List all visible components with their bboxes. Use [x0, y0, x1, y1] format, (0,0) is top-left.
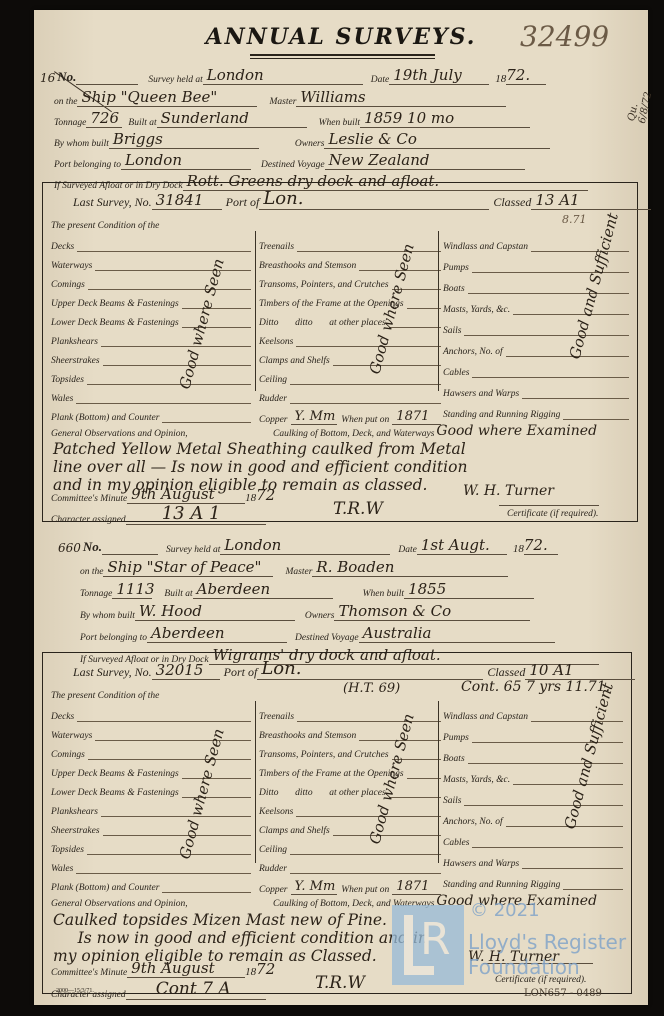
committee-minute-field: 9th August: [127, 487, 245, 504]
observation-line: line over all — Is now in good and effic…: [53, 458, 467, 476]
item-label: Comings: [51, 280, 85, 290]
built-at-label: Built at: [164, 589, 192, 599]
committee-year-prefix: 18: [245, 966, 256, 978]
built-at-label: Built at: [128, 118, 156, 128]
port-of-field: Lon.: [259, 193, 489, 210]
year-prefix: 18: [495, 73, 506, 85]
by-whom-built-field: W. Hood: [135, 604, 295, 621]
tonnage-field: 1113: [112, 582, 152, 599]
date-label: Date: [371, 75, 389, 85]
margin-note-right: Qu. 6/8/72: [626, 89, 654, 125]
character-assigned-label: Character assigned: [51, 515, 126, 525]
port-belonging-value: London: [125, 151, 182, 169]
owners-field: Thomson & Co: [334, 604, 530, 621]
item-label: Anchors, No. of: [443, 817, 503, 827]
item-label: Transoms, Pointers, and Crutches: [259, 280, 389, 290]
item-label: Lower Deck Beams & Fastenings: [51, 788, 179, 798]
character-assigned-value: 13 A 1: [162, 503, 221, 524]
title-rule: [250, 54, 435, 59]
item-label: Sheerstrakes: [51, 356, 100, 366]
item-label: Upper Deck Beams & Fastenings: [51, 769, 179, 779]
item-label: Standing and Running Rigging: [443, 410, 560, 420]
archive-id: LON657 - 0489: [524, 988, 602, 999]
item-label: Standing and Running Rigging: [443, 880, 560, 890]
no-field: [76, 68, 138, 85]
date-field: 1st Augt.: [417, 538, 507, 555]
item-label: Ceiling: [259, 375, 287, 385]
item-label: Clamps and Shelfs: [259, 356, 330, 366]
ship-field: Ship "Queen Bee": [77, 90, 257, 107]
item-label: Sails: [443, 796, 461, 806]
port-of-label: Port of: [224, 665, 258, 680]
when-put-on-value: 1871: [396, 409, 429, 424]
committee-minute-label: Committee's Minute: [51, 968, 127, 978]
item-label: Waterways: [51, 261, 92, 271]
item-label: Hawsers and Warps: [443, 389, 519, 399]
character-assigned-field: 13 A 1: [126, 508, 266, 525]
tonnage-label: Tonnage: [80, 589, 112, 599]
last-survey-value: 32015: [156, 661, 204, 679]
date-field: 19th July: [389, 68, 489, 85]
last-survey-label: Last Survey, No.: [73, 665, 152, 680]
item-label: Rudder: [259, 394, 287, 404]
item-label: Sheerstrakes: [51, 826, 100, 836]
item-label: Cables: [443, 368, 469, 378]
item-label: Decks: [51, 712, 74, 722]
item-label: Plank (Bottom) and Counter: [51, 413, 159, 423]
surveyor-initials: T.R.W: [315, 973, 365, 993]
committee-year: 72: [256, 486, 275, 504]
port-belonging-label: Port belonging to: [80, 633, 147, 643]
entry-prefix: 660: [58, 541, 81, 555]
master-label: Master: [269, 97, 296, 107]
ship-value: Ship "Queen Bee": [81, 88, 217, 106]
item-label: Decks: [51, 242, 74, 252]
built-at-field: Sunderland: [157, 111, 307, 128]
committee-year: 72: [256, 960, 275, 978]
character-assigned-field: Cont 7 A: [126, 983, 266, 1000]
tonnage-field: 726: [86, 111, 122, 128]
item-label: Topsides: [51, 845, 84, 855]
when-built-field: 1855: [404, 582, 534, 599]
year-field: 72.: [524, 538, 558, 555]
owners-value: Thomson & Co: [338, 602, 451, 620]
year-field: 72.: [506, 68, 546, 85]
tonnage-value: 1113: [116, 580, 154, 598]
item-label: Sails: [443, 326, 461, 336]
item-label: Wales: [51, 864, 73, 874]
item-label: Pumps: [443, 733, 469, 743]
classed-label: Classed: [493, 195, 531, 210]
character-assigned-value: Cont 7 A: [156, 979, 231, 999]
year-value: 72.: [506, 66, 530, 84]
port-of-value: Lon.: [263, 188, 303, 209]
date-value: 19th July: [393, 66, 462, 84]
no-field: [102, 538, 158, 555]
column-divider: [438, 231, 439, 391]
committee-minute-value: 9th August: [131, 485, 214, 503]
port-belonging-field: Aberdeen: [147, 626, 287, 643]
item-label: Windlass and Capstan: [443, 712, 528, 722]
no-label: No.: [83, 539, 102, 555]
surveyor-initials: T.R.W: [333, 499, 383, 519]
destined-voyage-label: Destined Voyage: [295, 633, 359, 643]
when-built-value: 1855: [408, 580, 446, 598]
observation-line: Patched Yellow Metal Sheathing caulked f…: [53, 440, 466, 458]
when-put-on-value: 1871: [396, 879, 429, 894]
column-divider: [255, 231, 256, 391]
caulking-label: Caulking of Bottom, Deck, and Waterways: [273, 429, 434, 439]
owners-value: Leslie & Co: [328, 130, 416, 148]
item-label: Transoms, Pointers, and Crutches: [259, 750, 389, 760]
watermark-line2: Foundation: [468, 955, 580, 979]
no-label: No.: [57, 69, 76, 85]
port-of-label: Port of: [226, 195, 260, 210]
port-belonging-label: Port belonging to: [54, 160, 121, 170]
last-survey-field: 31841: [152, 193, 222, 210]
last-survey-field: 32015: [152, 663, 220, 680]
classed-value: 13 A1: [535, 191, 579, 209]
destined-voyage-label: Destined Voyage: [261, 160, 325, 170]
classed-field: 10 A1: [525, 663, 635, 680]
item-label: Ditto ditto at other places: [259, 788, 386, 798]
year-value: 72.: [524, 536, 548, 554]
copper-value: Y. Mm: [295, 409, 336, 424]
observation-line: Caulked topsides Mizen Mast new of Pine.: [53, 911, 387, 929]
survey-held-at-label: Survey held at: [166, 545, 220, 555]
survey-held-at-field: London: [203, 68, 363, 85]
by-whom-built-value: W. Hood: [139, 602, 202, 620]
certificate-line: [499, 505, 599, 506]
owners-field: Leslie & Co: [324, 132, 550, 149]
item-label: Masts, Yards, &c.: [443, 775, 510, 785]
when-built-field: 1859 10 mo: [360, 111, 530, 128]
item-label: Ceiling: [259, 845, 287, 855]
copper-value: Y. Mm: [295, 879, 336, 894]
built-at-value: Aberdeen: [197, 580, 271, 598]
master-value: Williams: [300, 88, 365, 106]
destined-voyage-field: Australia: [359, 626, 555, 643]
item-label: Anchors, No. of: [443, 347, 503, 357]
port-belonging-value: Aberdeen: [151, 624, 225, 642]
item-label: Cables: [443, 838, 469, 848]
item-label: Breasthooks and Stemson: [259, 261, 356, 271]
item-label: Windlass and Capstan: [443, 242, 528, 252]
owners-label: Owners: [305, 611, 335, 621]
column-divider: [255, 701, 256, 863]
item-label: Keelsons: [259, 807, 293, 817]
general-observations-label: General Observations and Opinion,: [51, 429, 188, 439]
last-survey-label: Last Survey, No.: [73, 195, 152, 210]
master-field: R. Boaden: [312, 560, 508, 577]
item-label: Waterways: [51, 731, 92, 741]
year-prefix: 18: [513, 543, 524, 555]
item-label: Treenails: [259, 712, 294, 722]
classed-label: Classed: [487, 665, 525, 680]
survey-held-at-label: Survey held at: [148, 75, 202, 85]
destined-voyage-value: Australia: [363, 624, 432, 642]
item-label: Plankshears: [51, 337, 98, 347]
tonnage-value: 726: [90, 109, 119, 127]
port-belonging-field: London: [121, 153, 251, 170]
print-code: 2000—15/3/71.: [56, 988, 94, 994]
on-the-label: on the: [54, 97, 77, 107]
watermark-copyright: © 2021: [470, 900, 540, 921]
survey-held-at-value: London: [224, 536, 281, 554]
built-at-value: Sunderland: [161, 109, 249, 127]
date-value: 1st Augt.: [421, 536, 490, 554]
on-the-label: on the: [80, 567, 103, 577]
item-label: Ditto ditto at other places: [259, 318, 386, 328]
item-label: Lower Deck Beams & Fastenings: [51, 318, 179, 328]
item-label: Plank (Bottom) and Counter: [51, 883, 159, 893]
ship-value: Ship "Star of Peace": [107, 558, 261, 576]
master-field: Williams: [296, 90, 506, 107]
column-divider: [438, 701, 439, 863]
port-of-field: Lon.: [257, 663, 483, 680]
master-label: Master: [285, 567, 312, 577]
committee-minute-field: 9th August: [127, 961, 245, 978]
tonnage-label: Tonnage: [54, 118, 86, 128]
item-label: Wales: [51, 394, 73, 404]
item-label: Boats: [443, 754, 465, 764]
survey-held-at-value: London: [207, 66, 264, 84]
owners-label: Owners: [295, 139, 325, 149]
item-label: Comings: [51, 750, 85, 760]
master-value: R. Boaden: [316, 558, 394, 576]
item-label: Rudder: [259, 864, 287, 874]
survey-document: ANNUAL SURVEYS. 32499 Qu. 6/8/72 16 No. …: [34, 10, 648, 1005]
item-label: Upper Deck Beams & Fastenings: [51, 299, 179, 309]
general-observations-label: General Observations and Opinion,: [51, 899, 188, 909]
survey-1-condition-box: Last Survey, No. 31841 Port of Lon. Clas…: [42, 182, 638, 522]
ship-field: Ship "Star of Peace": [103, 560, 273, 577]
when-built-label: When built: [363, 589, 404, 599]
destined-voyage-value: New Zealand: [329, 151, 430, 169]
entry-prefix: 16: [40, 71, 55, 85]
item-label: Keelsons: [259, 337, 293, 347]
lr-logo-icon: R: [392, 905, 464, 985]
watermark-line1: Lloyd's Register: [468, 930, 626, 954]
classed-field: 13 A1: [531, 193, 651, 210]
by-whom-built-value: Briggs: [113, 130, 163, 148]
by-whom-built-label: By whom built: [80, 611, 135, 621]
observation-line: Is now in good and efficient condition a…: [53, 929, 428, 947]
by-whom-built-label: By whom built: [54, 139, 109, 149]
item-label: Topsides: [51, 375, 84, 385]
port-of-value: Lon.: [261, 658, 301, 679]
item-label: Treenails: [259, 242, 294, 252]
committee-minute-value: 9th August: [131, 959, 214, 977]
when-built-value: 1859 10 mo: [364, 109, 454, 127]
classed-value: 10 A1: [529, 661, 573, 679]
date-label: Date: [398, 545, 416, 555]
item-label: Pumps: [443, 263, 469, 273]
item-label: Hawsers and Warps: [443, 859, 519, 869]
committee-minute-label: Committee's Minute: [51, 494, 127, 504]
survey-held-at-field: London: [220, 538, 390, 555]
destined-voyage-field: New Zealand: [325, 153, 525, 170]
item-label: Breasthooks and Stemson: [259, 731, 356, 741]
item-label: Boats: [443, 284, 465, 294]
built-at-field: Aberdeen: [193, 582, 333, 599]
caulking-value: Good where Examined: [436, 423, 597, 439]
certificate-label: Certificate (if required).: [507, 509, 598, 519]
last-survey-value: 31841: [156, 191, 204, 209]
when-built-label: When built: [319, 118, 360, 128]
reference-number: 32499: [520, 20, 609, 53]
item-label: Masts, Yards, &c.: [443, 305, 510, 315]
committee-year-prefix: 18: [245, 492, 256, 504]
surveyor-signature: W. H. Turner: [463, 483, 554, 499]
by-whom-built-field: Briggs: [109, 132, 259, 149]
item-label: Clamps and Shelfs: [259, 826, 330, 836]
item-label: Plankshears: [51, 807, 98, 817]
